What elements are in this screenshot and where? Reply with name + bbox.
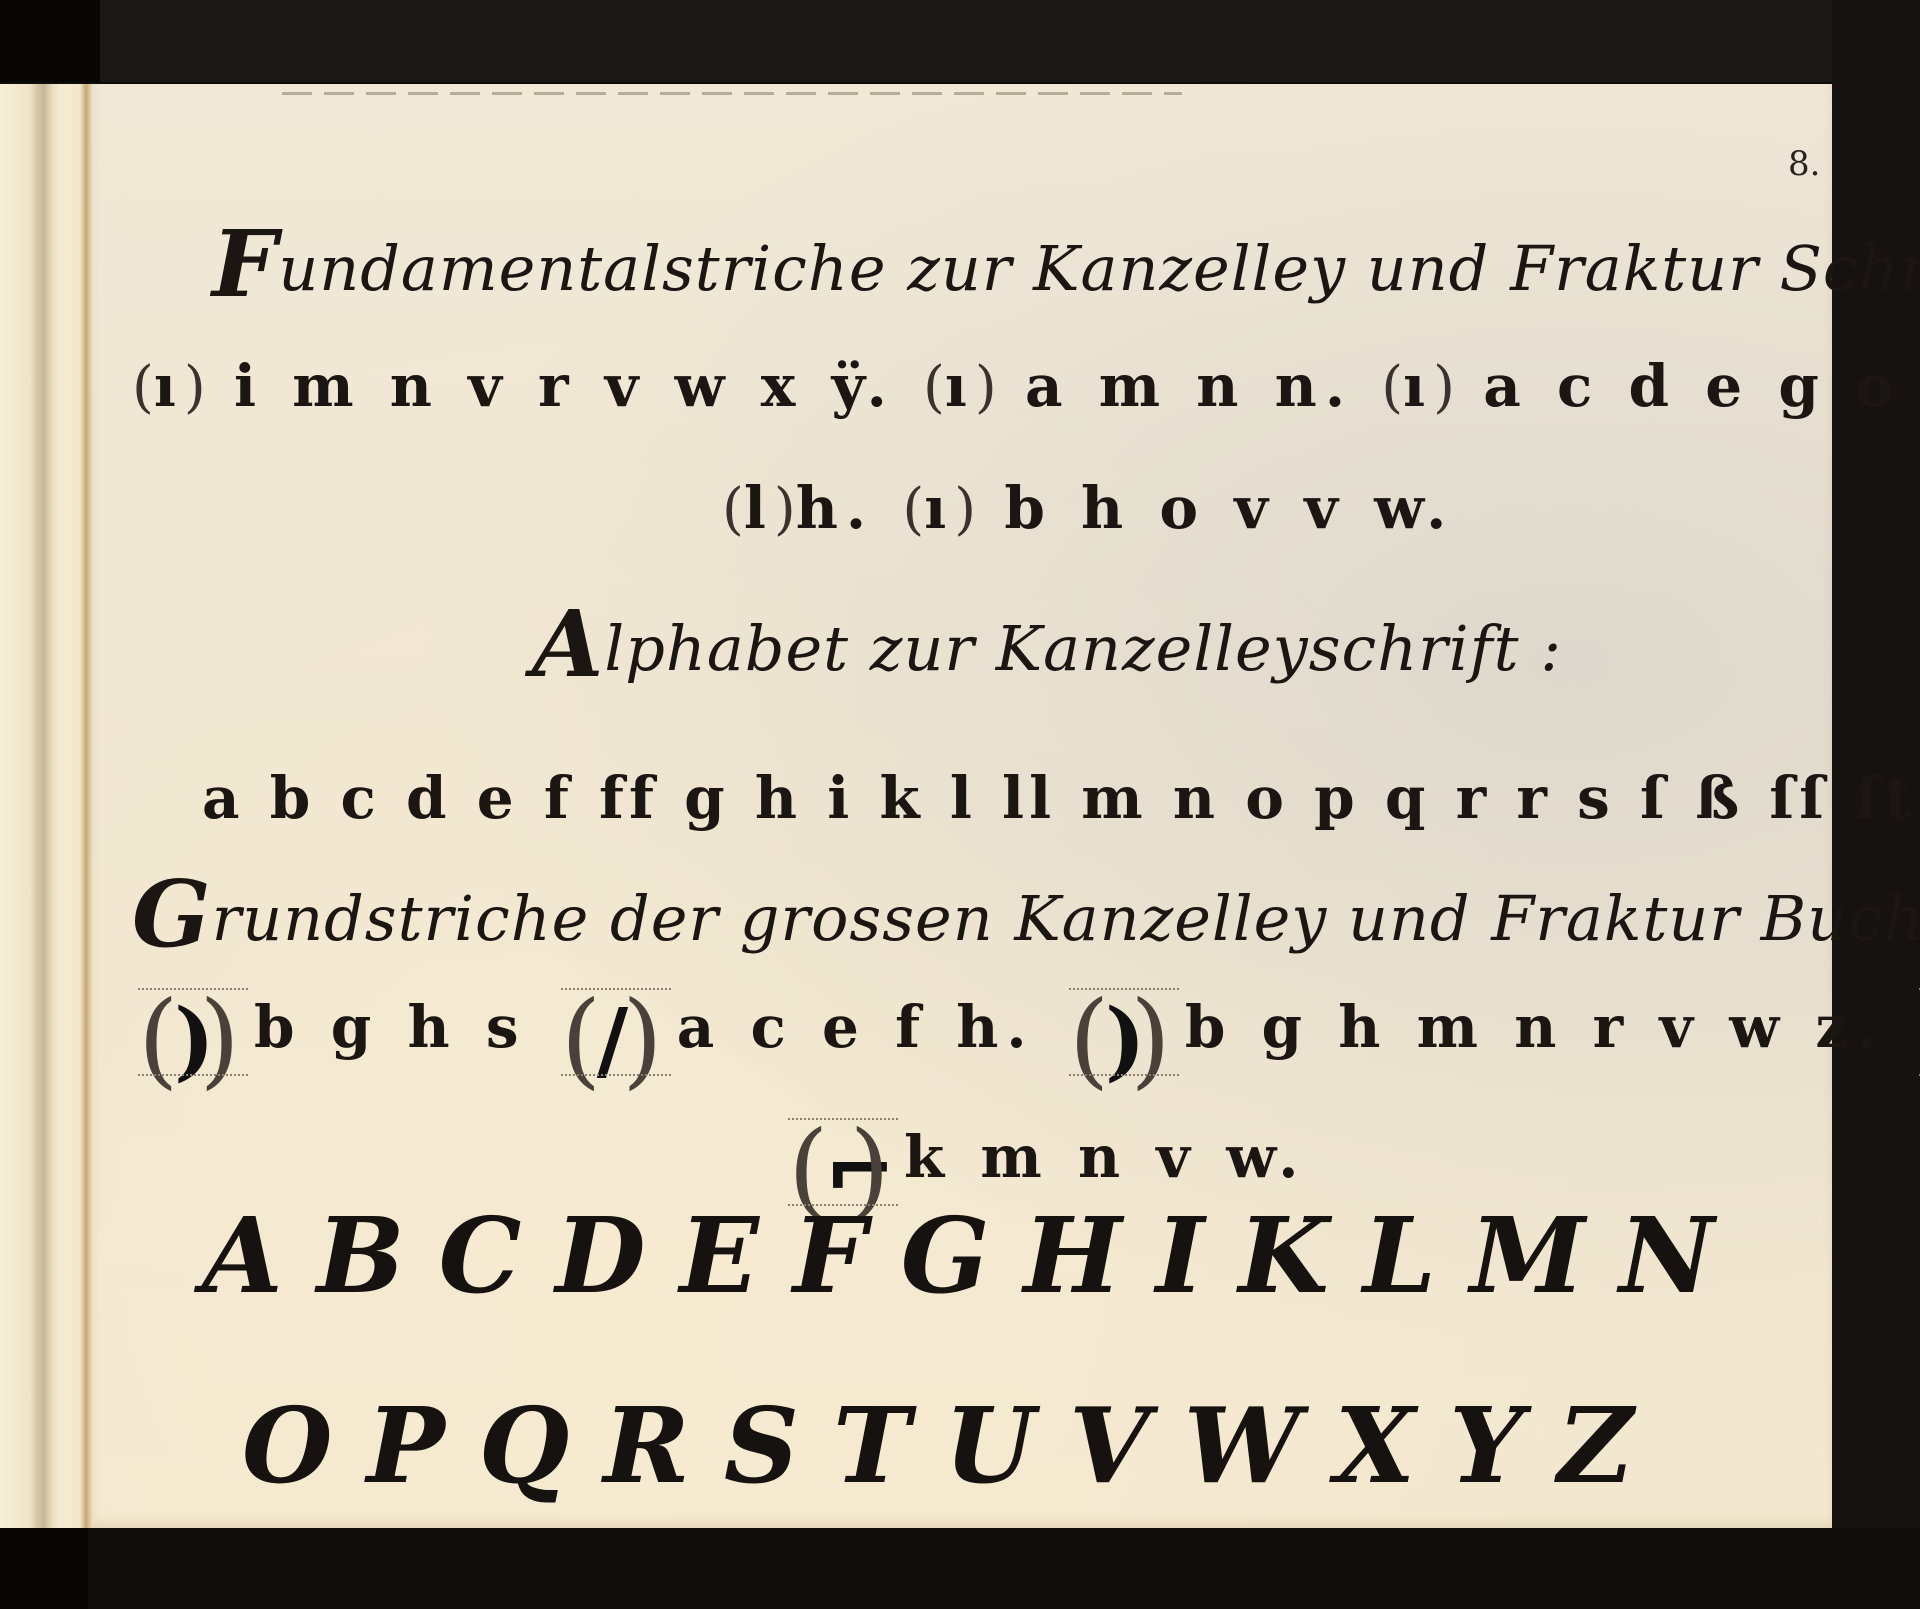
capital-letters-row-1: ABCDEFGHIKLMN (202, 1194, 1748, 1317)
capital-stroke-group: (/)a c e f h. (555, 993, 1035, 1061)
capital-letter: A (202, 1194, 283, 1317)
capital-letter: T (833, 1384, 910, 1507)
scan-border-top (0, 0, 1920, 82)
capital-stroke-group: (⌐)k m n v w. (782, 1123, 1306, 1191)
stroke-letters: b h o v v w. (1004, 474, 1454, 542)
capital-letter: Y (1449, 1384, 1523, 1507)
stroke-group: (ı) a m n n. (923, 352, 1353, 420)
stroke-group: (l)h. (722, 474, 874, 542)
heading-text: lphabet zur Kanzelleyschrift : (604, 612, 1562, 685)
capital-letter: O (242, 1384, 333, 1507)
stroke-letters: h. (796, 474, 874, 542)
stroke-group: (ı) i m n v r v w x ÿ. (132, 352, 895, 420)
stroke-guide-box: ()) (1069, 984, 1179, 1080)
page-number: 8. (1788, 144, 1820, 184)
capital-letter: D (555, 1194, 645, 1317)
capital-letter: Q (479, 1384, 570, 1507)
decorative-initial: A (532, 590, 604, 698)
capital-stroke-group: ())b g h s (132, 993, 527, 1061)
capital-stroke-group: ())b g h m n r v w z. (1063, 993, 1885, 1061)
capital-letter: G (901, 1194, 990, 1317)
capital-letter: S (724, 1384, 799, 1507)
stroke-letters: b g h m n r v w z. (1185, 993, 1885, 1061)
stroke-glyph: ı (924, 474, 954, 542)
fundamental-strokes-row-1: (ı) i m n v r v w x ÿ. (ı) a m n n. (ı) … (132, 352, 1920, 420)
stroke-glyph: l (744, 474, 774, 542)
capital-letter: R (603, 1384, 689, 1507)
heading-grundstriche: Grundstriche der grossen Kanzelley und F… (132, 854, 1920, 962)
capital-letter: P (367, 1384, 445, 1507)
faded-ruling-line (282, 92, 1182, 95)
capital-letter: I (1156, 1194, 1205, 1317)
capital-letter: C (439, 1194, 522, 1317)
lowercase-alphabet: a b c d e f ff g h i k l ll m n o p q r … (202, 764, 1920, 832)
stroke-glyph: ı (1403, 352, 1433, 420)
capital-letter: F (793, 1194, 867, 1317)
book-spine-edge (0, 84, 92, 1528)
stroke-glyph: ı (945, 352, 975, 420)
scan-corner (0, 0, 100, 82)
capital-letter: B (317, 1194, 405, 1317)
capital-letter: L (1363, 1194, 1436, 1317)
capital-letter: U (944, 1384, 1035, 1507)
decorative-initial: G (132, 860, 212, 968)
heading-alphabet: Alphabet zur Kanzelleyschrift : (532, 584, 1562, 692)
capital-letter: V (1069, 1384, 1150, 1507)
capital-strokes-row-1: ())b g h s (/)a c e f h. ())b g h m n r … (132, 984, 1920, 1080)
heading-fundamentalstriche: Fundamentalstriche zur Kanzelley und Fra… (212, 204, 1920, 312)
capital-letter: M (1470, 1194, 1585, 1317)
manuscript-page: 8. Fundamentalstriche zur Kanzelley und … (92, 84, 1832, 1528)
capital-letter: H (1024, 1194, 1122, 1317)
heading-text: rundstriche der grossen Kanzelley und Fr… (212, 882, 1920, 955)
stroke-glyph: ı (154, 352, 184, 420)
fundamental-strokes-row-2: (l)h. (ı) b h o v v w. (722, 474, 1454, 542)
stroke-letters: a c d e g o q. (1483, 352, 1920, 420)
decorative-initial: F (212, 210, 278, 318)
capital-letter: K (1238, 1194, 1328, 1317)
stroke-letters: i m n v r v w x ÿ. (234, 352, 895, 420)
stroke-letters: k m n v w. (904, 1123, 1306, 1191)
capital-stroke-group: ())m n v w. (1913, 993, 1920, 1061)
stroke-guide-box: (/) (561, 984, 671, 1080)
capital-letter: X (1335, 1384, 1416, 1507)
stroke-letters: a c e f h. (677, 993, 1035, 1061)
scan-border-bottom (0, 1528, 1920, 1609)
capital-letter: Z (1557, 1384, 1633, 1507)
capital-letters-row-2: OPQRSTUVWXYZ (242, 1384, 1667, 1507)
scan-corner (0, 1528, 88, 1609)
heading-text: undamentalstriche zur Kanzelley und Frak… (278, 232, 1920, 305)
capital-letter: W (1184, 1384, 1301, 1507)
capital-letter: E (680, 1194, 759, 1317)
stroke-group: (ı) b h o v v w. (902, 474, 1454, 542)
stroke-letters: a m n n. (1025, 352, 1353, 420)
alphabet-letters: a b c d e f ff g h i k l ll m n o p q r … (202, 764, 1920, 832)
stroke-letters: b g h s (254, 993, 527, 1061)
stroke-group: (ı) a c d e g o q. (1381, 352, 1920, 420)
capital-letter: N (1619, 1194, 1714, 1317)
stroke-guide-box: ()) (138, 984, 248, 1080)
